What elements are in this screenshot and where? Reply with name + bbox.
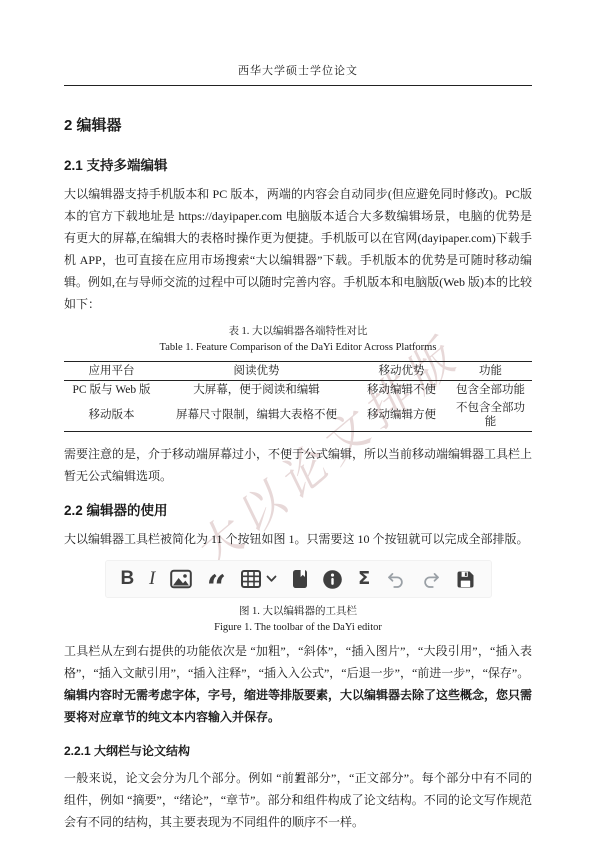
table-row: PC 版与 Web 版 大屏幕，便于阅读和编辑 移动编辑不便 包含全部功能 — [64, 381, 532, 400]
table-cell: 移动版本 — [64, 399, 159, 432]
table-caption-en: Table 1. Feature Comparison of the DaYi … — [64, 341, 532, 355]
info-icon — [322, 569, 343, 590]
table-header-reading: 阅读优势 — [159, 362, 354, 381]
italic-icon: I — [149, 567, 155, 591]
block-quote-button[interactable]: “ — [207, 567, 227, 591]
subsection-heading-2-2-1: 2.2.1 大纲栏与论文结构 — [64, 743, 532, 759]
table-cell: 屏幕尺寸限制，编辑大表格不便 — [159, 399, 354, 432]
paragraph-no-typesetting-bold: 编辑内容时无需考虑字体，字号，缩进等排版要素，大以编辑器去除了这些概念，您只需要… — [64, 684, 532, 728]
figure-caption-en: Figure 1. The toolbar of the DaYi editor — [64, 621, 532, 635]
table-cell: 移动编辑方便 — [354, 399, 449, 432]
paragraph-toolbar-functions: 工具栏从左到右提供的功能依次是 “加粗”，“斜体”，“插入图片”，“大段引用”，… — [64, 640, 532, 684]
table-cell: 移动编辑不便 — [354, 381, 449, 400]
insert-formula-button[interactable]: Σ — [358, 567, 370, 591]
table-caption-cn: 表 1. 大以编辑器各端特性对比 — [64, 325, 532, 339]
editor-toolbar-figure: B I “ — [105, 560, 492, 598]
page-content: 2 编辑器 2.1 支持多端编辑 大以编辑器支持手机版本和 PC 版本，两端的内… — [64, 100, 532, 833]
redo-icon — [421, 570, 442, 589]
image-icon — [170, 569, 192, 589]
figure-captions: 图 1. 大以编辑器的工具栏 Figure 1. The toolbar of … — [64, 605, 532, 635]
paragraph-formula-note: 需要注意的是，介于移动端屏幕过小，不便于公式编辑，所以当前移动端编辑器工具栏上暂… — [64, 443, 532, 487]
table-icon — [241, 570, 261, 588]
bold-icon: B — [121, 567, 135, 591]
table-header-mobility: 移动优势 — [354, 362, 449, 381]
table-header-row: 应用平台 阅读优势 移动优势 功能 — [64, 362, 532, 381]
undo-button[interactable] — [385, 567, 406, 591]
page-number: 3 — [0, 773, 595, 784]
undo-icon — [385, 570, 406, 589]
table-cell: PC 版与 Web 版 — [64, 381, 159, 400]
insert-table-button[interactable] — [241, 567, 277, 591]
running-header: 西华大学硕士学位论文 — [64, 60, 532, 86]
sigma-icon: Σ — [358, 567, 370, 591]
insert-citation-button[interactable] — [292, 567, 308, 591]
book-bookmark-icon — [292, 569, 308, 589]
paragraph-toolbar-intro: 大以编辑器工具栏被简化为 11 个按钮如图 1。只需要这 10 个按钮就可以完成… — [64, 528, 532, 550]
insert-image-button[interactable] — [170, 567, 192, 591]
thesis-page: 西华大学硕士学位论文 大以论文排版 2 编辑器 2.1 支持多端编辑 大以编辑器… — [0, 0, 595, 842]
paragraph-platforms: 大以编辑器支持手机版本和 PC 版本，两端的内容会自动同步(但应避免同时修改)。… — [64, 183, 532, 315]
section-heading-2-1: 2.1 支持多端编辑 — [64, 157, 532, 175]
chevron-down-icon — [266, 575, 277, 583]
save-button[interactable] — [456, 567, 475, 591]
table-cell: 大屏幕，便于阅读和编辑 — [159, 381, 354, 400]
section-heading-2-2: 2.2 编辑器的使用 — [64, 502, 532, 520]
figure-caption-cn: 图 1. 大以编辑器的工具栏 — [64, 605, 532, 619]
insert-note-button[interactable] — [322, 567, 343, 591]
bold-button[interactable]: B — [121, 567, 135, 591]
table-header-platform: 应用平台 — [64, 362, 159, 381]
table-header-features: 功能 — [449, 362, 532, 381]
table-cell: 不包含全部功能 — [449, 399, 532, 432]
table-row: 移动版本 屏幕尺寸限制，编辑大表格不便 移动编辑方便 不包含全部功能 — [64, 399, 532, 432]
quote-icon: “ — [207, 583, 227, 593]
feature-comparison-table: 应用平台 阅读优势 移动优势 功能 PC 版与 Web 版 大屏幕，便于阅读和编… — [64, 361, 532, 432]
table-cell: 包含全部功能 — [449, 381, 532, 400]
chapter-heading: 2 编辑器 — [64, 116, 532, 136]
save-icon — [456, 570, 475, 589]
redo-button[interactable] — [421, 567, 442, 591]
italic-button[interactable]: I — [149, 567, 155, 591]
